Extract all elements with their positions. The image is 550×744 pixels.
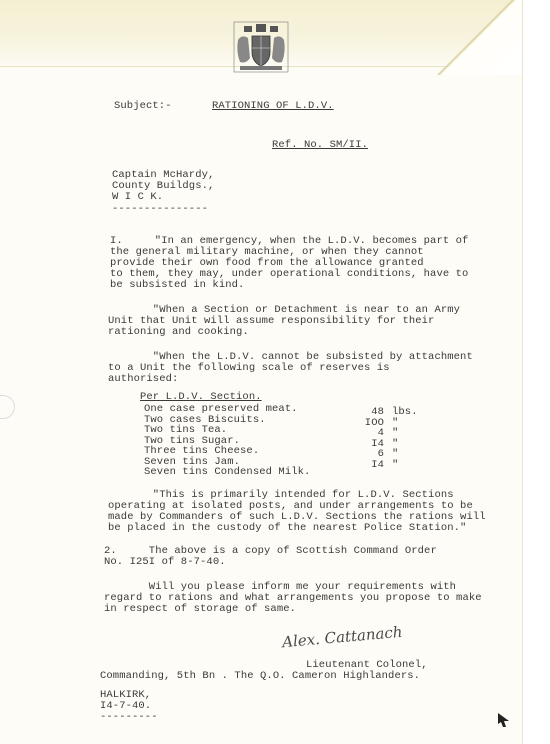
scale-unit: " — [392, 418, 398, 428]
scale-item: Three tins Cheese. — [144, 446, 259, 456]
scale-quantity: 4 — [350, 428, 384, 438]
text-line: 2. The above is a copy of Scottish Comma… — [104, 546, 437, 556]
text-line: to a Unit the following scale of reserve… — [108, 363, 390, 373]
punch-hole-mark — [0, 395, 15, 419]
text-line: "This is primarily intended for L.D.V. S… — [108, 490, 454, 500]
text-line: Will you please inform me your requireme… — [104, 582, 456, 592]
text-line: be subsisted in kind. — [110, 280, 244, 290]
text-line: be placed in the custody of the nearest … — [108, 523, 466, 533]
letter-date: I4-7-40. — [100, 701, 151, 711]
text-line: No. I25I of 8-7-40. — [104, 557, 226, 567]
signatory-command: Commanding, 5th Bn . The Q.O. Cameron Hi… — [100, 671, 420, 681]
subject-title: RATIONING OF L.D.V. — [212, 101, 334, 111]
scale-unit: lbs. — [392, 407, 418, 417]
letter-page: Subject:- RATIONING OF L.D.V. Ref. No. S… — [0, 0, 523, 744]
text-line: to them, they may, under operational con… — [110, 269, 468, 279]
scale-unit: " — [392, 428, 398, 438]
text-line: "When a Section or Detachment is near to… — [108, 305, 460, 315]
text-line: the general military machine, or when th… — [110, 247, 424, 257]
place-name: HALKIRK, — [100, 690, 151, 700]
scale-unit: " — [392, 449, 398, 459]
text-line: rationing and cooking. — [108, 327, 249, 337]
signatory-rank: Lieutenant Colonel, — [306, 660, 428, 670]
addressee-line: County Buildgs., — [112, 181, 214, 191]
addressee-line: Captain McHardy, — [112, 170, 214, 180]
reference-number: Ref. No. SM/II. — [272, 140, 368, 150]
text-line: in respect of storage of same. — [104, 604, 296, 614]
text-line: I. "In an emergency, when the L.D.V. bec… — [110, 236, 468, 246]
text-line: regard to rations and what arrangements … — [104, 593, 482, 603]
text-line: authorised: — [108, 374, 178, 384]
scale-quantity: 48 — [350, 407, 384, 417]
text-line: Unit that Unit will assume responsibilit… — [108, 316, 434, 326]
text-line: "When the L.D.V. cannot be subsisted by … — [108, 352, 473, 362]
text-line: made by Commanders of such L.D.V. Sectio… — [108, 512, 486, 522]
scale-item: Two tins Sugar. — [144, 436, 240, 446]
addressee-rule: --------------- — [112, 204, 208, 214]
scale-quantity: I4 — [350, 439, 384, 449]
royal-crest-icon — [228, 20, 294, 76]
text-line: operating at isolated posts, and under a… — [108, 501, 473, 511]
scale-heading: Per L.D.V. Section. — [140, 392, 262, 402]
subject-label: Subject:- — [114, 101, 172, 111]
scale-quantity: 6 — [350, 449, 384, 459]
scale-quantity: I4 — [350, 460, 384, 470]
folded-corner — [432, 0, 522, 75]
text-line: provide their own food from the allowanc… — [110, 258, 424, 268]
scale-item: Two tins Tea. — [144, 425, 227, 435]
scale-quantity: IOO — [350, 418, 384, 428]
handwritten-signature: Alex. Cattanach — [281, 623, 403, 651]
scale-item: Seven tins Jam. — [144, 457, 240, 467]
scale-item: Seven tins Condensed Milk. — [144, 467, 310, 477]
scale-item: Two cases Biscuits. — [144, 415, 266, 425]
scale-unit: " — [392, 439, 398, 449]
date-rule: --------- — [100, 712, 158, 722]
scale-item: One case preserved meat. — [144, 404, 298, 414]
addressee-line: W I C K. — [112, 192, 163, 202]
mouse-cursor-icon — [497, 712, 511, 728]
scale-unit: " — [392, 460, 398, 470]
